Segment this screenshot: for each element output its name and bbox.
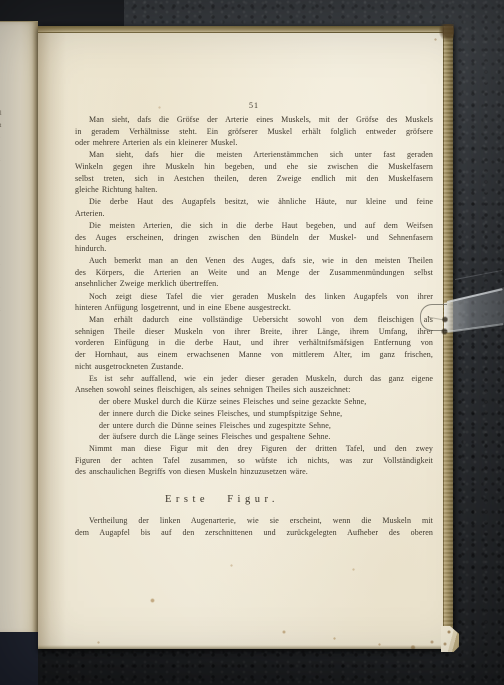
gutter-fragment: k — [0, 304, 7, 316]
gutter-text-fragments: elstdtkbernltsedrntkelstrdnetsbertnlest — [0, 108, 7, 535]
paragraph: Die derbe Haut des Augapfels besitzt, wi… — [75, 196, 433, 219]
paragraph: Auch bemerkt man an den Venen des Auges,… — [75, 255, 433, 290]
text-line: Winkeln gegen ihre Muskeln hin begeben, … — [75, 161, 433, 173]
gutter-fragment: s — [0, 512, 7, 524]
text-line: selbst treten, sich in Aestchen theilen,… — [75, 173, 433, 185]
text-line: hindurch. — [75, 243, 433, 255]
gutter-fragment: r — [0, 362, 7, 374]
book-photo: elstdtkbernltsedrntkelstrdnetsbertnlest … — [0, 0, 504, 685]
text-line: Ansehen sowohl seines fleischigen, als s… — [75, 384, 433, 396]
gutter-fragment: d — [0, 374, 7, 386]
cover-bottom-left — [0, 632, 38, 685]
gutter-fragment: l — [0, 489, 7, 501]
gutter-fragment: s — [0, 420, 7, 432]
text-line: ansehnlicher Zweige merklich übertreffen… — [75, 278, 433, 290]
book-page: 51Man sieht, dafs die Gröfse der Arterie… — [38, 26, 453, 649]
text-line: Auch bemerkt man an den Venen des Auges,… — [75, 255, 433, 267]
gutter-fragment: e — [0, 501, 7, 513]
gutter-fragment: s — [0, 339, 7, 351]
text-line: der Hornhaut, aus einem erwachsenen Mann… — [75, 349, 433, 361]
clip-shadow-lower — [441, 328, 448, 335]
text-line: in geradem Verhältnisse steht. Ein gröfs… — [75, 126, 433, 138]
text-line: des anschaulichen Begriffs von diesen Mu… — [75, 466, 433, 478]
text-line: vorderen Einfügung in die derbe Haut, un… — [75, 337, 433, 349]
gutter-fragment: e — [0, 177, 7, 189]
gutter-fragment: st — [0, 120, 7, 132]
gutter-fragment: t — [0, 223, 7, 235]
gutter-fragment: d — [0, 258, 7, 270]
text-line: Figuren der achten Tafel zusammen, so wü… — [75, 455, 433, 467]
figure-heading: Erste Figur. — [43, 494, 401, 507]
gutter-fragment: e — [0, 397, 7, 409]
paragraph: Noch zeigt diese Tafel die vier geraden … — [75, 291, 433, 314]
gutter-fragment: r — [0, 189, 7, 201]
text-line: Nimmt man diese Figur mit den drey Figur… — [75, 443, 433, 455]
text-line: Arterien. — [75, 208, 433, 220]
gutter-fragment: b — [0, 431, 7, 443]
gutter-fragment: e — [0, 443, 7, 455]
text-line: gleiche Richtung halten. — [75, 184, 433, 196]
text-line: Noch zeigt diese Tafel die vier geraden … — [75, 291, 433, 303]
paragraph: Man erhält dadurch eine vollständige Ueb… — [75, 314, 433, 372]
gutter-fragment: t — [0, 143, 7, 155]
gutter-fragment: el — [0, 108, 7, 120]
gutter-fragment: k — [0, 154, 7, 166]
text-line: nicht ausgetrockneten Zustande. — [75, 361, 433, 373]
clip-shadow-upper — [442, 316, 448, 323]
paragraph: Nimmt man diese Figur mit den drey Figur… — [75, 443, 433, 478]
text-line: der innere durch die Dicke seines Fleisc… — [99, 408, 433, 420]
gutter-fragment: t — [0, 524, 7, 536]
text-line: der obere Muskel durch die Kürze seines … — [99, 396, 433, 408]
gutter-fragment: b — [0, 166, 7, 178]
text-line: der äufsere durch die Länge seines Fleis… — [99, 431, 433, 443]
gutter-fragment: n — [0, 385, 7, 397]
text-line: Man erhält dadurch eine vollständige Ueb… — [75, 314, 433, 326]
paragraph: Man sieht, dafs hier die meisten Arterie… — [75, 149, 433, 195]
gutter-fragment: e — [0, 247, 7, 259]
page-bottom-edge — [38, 645, 453, 649]
text-line: dem Augapfel bis auf den zerschnittenen … — [75, 527, 433, 539]
text-line: Vertheilung der linken Augenarterie, wie… — [75, 515, 433, 527]
gutter-fragment: t — [0, 466, 7, 478]
text-line: hinteren Anfügung losgetrennt, und in ei… — [75, 302, 433, 314]
paragraph: Es ist sehr auffallend, wie ein jeder di… — [75, 373, 433, 396]
paragraph: Man sieht, dafs die Gröfse der Arterie e… — [75, 114, 433, 149]
text-line: Die derbe Haut des Augapfels besitzt, wi… — [75, 196, 433, 208]
page-number: 51 — [75, 100, 433, 112]
text-line: Die meisten Arterien, die sich in die de… — [75, 220, 433, 232]
gutter-fragment: n — [0, 281, 7, 293]
text-line: Man sieht, dafs hier die meisten Arterie… — [75, 149, 433, 161]
gutter-fragment: l — [0, 327, 7, 339]
gutter-fragment: r — [0, 270, 7, 282]
facing-page-sliver: elstdtkbernltsedrntkelstrdnetsbertnlest — [0, 21, 38, 633]
page-text: 51Man sieht, dafs die Gröfse der Arterie… — [75, 100, 433, 539]
text-line: der untere durch die Dünne seines Fleisc… — [99, 420, 433, 432]
text-line: oder mehrere Arterien als ein kleinerer … — [75, 137, 433, 149]
gutter-fragment: l — [0, 212, 7, 224]
gutter-fragment: t — [0, 350, 7, 362]
muscle-list: der obere Muskel durch die Kürze seines … — [75, 396, 433, 442]
gutter-fragment: n — [0, 200, 7, 212]
text-line: Man sieht, dafs die Gröfse der Arterie e… — [75, 114, 433, 126]
text-line: sehnigen Theile dieser Muskeln von ihrer… — [75, 326, 433, 338]
gutter-fragment: n — [0, 478, 7, 490]
paragraph: Vertheilung der linken Augenarterie, wie… — [75, 515, 433, 538]
paragraph: Die meisten Arterien, die sich in die de… — [75, 220, 433, 255]
gutter-fragment: t — [0, 293, 7, 305]
text-line: Es ist sehr auffallend, wie ein jeder di… — [75, 373, 433, 385]
gutter-fragment: s — [0, 235, 7, 247]
gutter-fragment: t — [0, 408, 7, 420]
text-line: des Auges erscheinen, dringen zwischen d… — [75, 232, 433, 244]
gutter-fragment: e — [0, 316, 7, 328]
gutter-fragment: r — [0, 454, 7, 466]
gutter-fragment: d — [0, 131, 7, 143]
text-line: des Körpers, die Arterien an Weite und a… — [75, 267, 433, 279]
